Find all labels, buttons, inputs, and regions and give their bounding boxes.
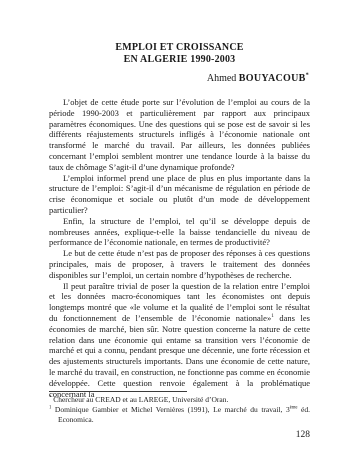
footnote-1-text: Chercheur au CREAD et au LAREGE, Univers… (51, 395, 228, 404)
article-title: EMPLOI ET CROISSANCE EN ALGERIE 1990-200… (49, 42, 310, 66)
page-number: 128 (296, 430, 310, 441)
footnote-separator (49, 391, 187, 392)
footnote-block: * Chercheur au CREAD et au LAREGE, Unive… (49, 391, 310, 425)
article-title-line-1: EMPLOI ET CROISSANCE (49, 42, 310, 54)
body-paragraph-3: Enfin, la structure de l’emploi, tel qu’… (49, 216, 310, 248)
body-paragraph-5-continuation: dans les économies de marché, bien sûr. … (49, 313, 310, 399)
body-paragraph-1: L’objet de cette étude porte sur l’évolu… (49, 97, 310, 173)
footnote-1: * Chercheur au CREAD et au LAREGE, Unive… (49, 395, 310, 405)
body-paragraph-2: L’emploi informel prend une place de plu… (49, 173, 310, 216)
article-body: L’objet de cette étude porte sur l’évolu… (49, 97, 310, 399)
article-title-line-2: EN ALGERIE 1990-2003 (49, 54, 310, 66)
author-line: Ahmed BOUYACOUB* (49, 73, 309, 85)
body-paragraph-5: Il peut paraître trivial de poser la que… (49, 281, 310, 400)
author-last-name: BOUYACOUB (239, 73, 306, 84)
author-first-name: Ahmed (207, 73, 239, 84)
body-paragraph-4: Le but de cette étude n’est pas de propo… (49, 248, 310, 280)
footnote-2: 1 Dominique Gambier et Michel Vernières … (49, 405, 310, 425)
author-footnote-marker: * (306, 72, 309, 79)
document-page: EMPLOI ET CROISSANCE EN ALGERIE 1990-200… (0, 0, 360, 466)
footnote-2-text: Dominique Gambier et Michel Vernières (1… (51, 405, 289, 414)
